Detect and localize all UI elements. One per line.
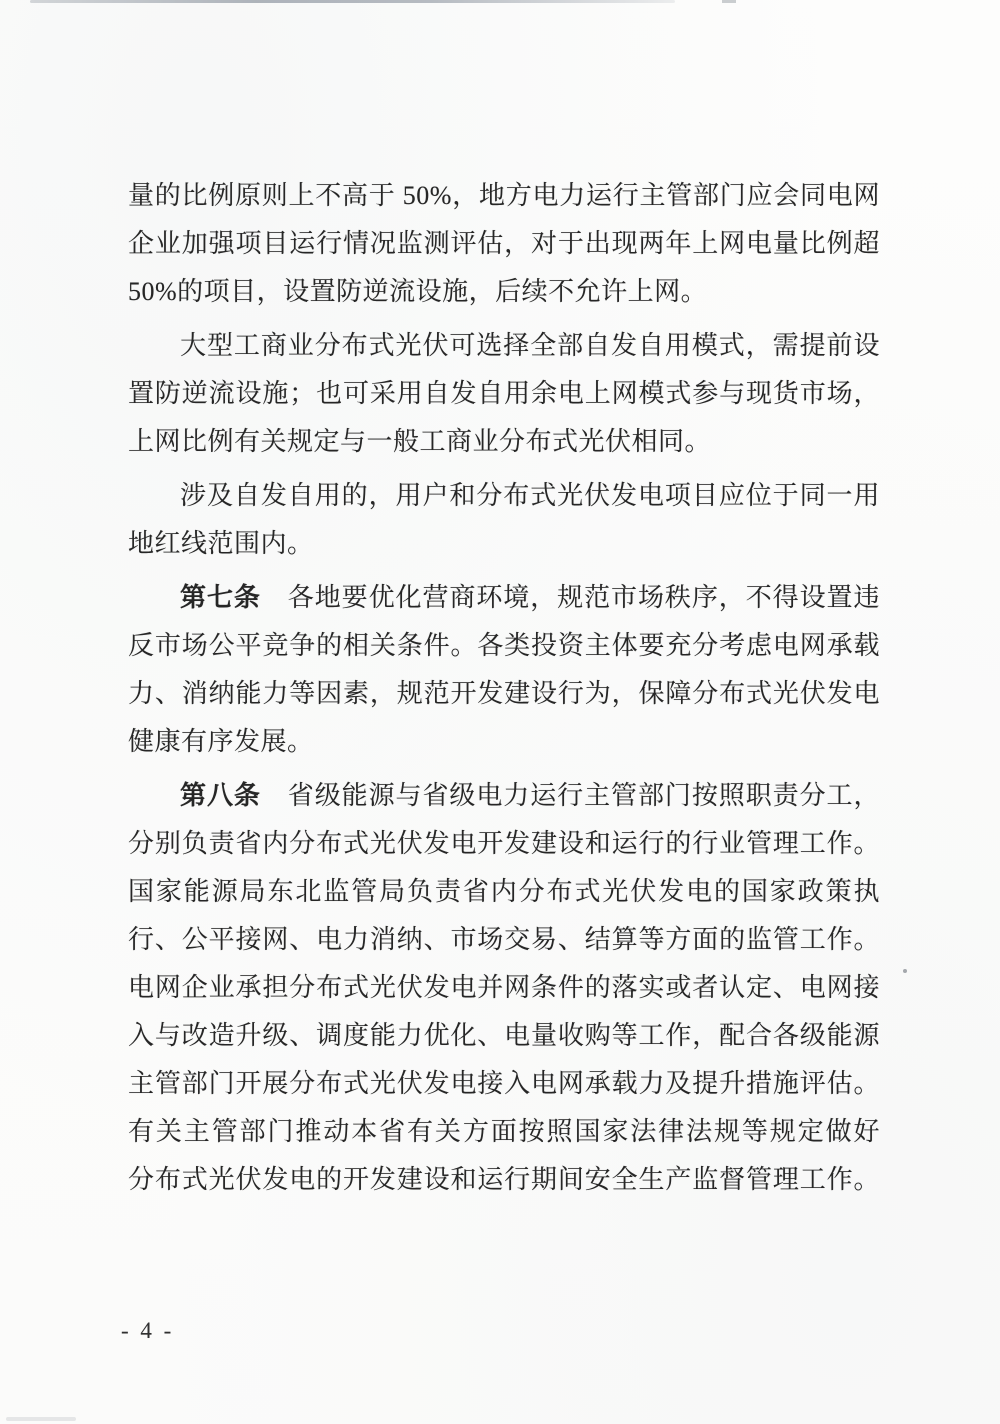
text-line: 分别负责省内分布式光伏发电开发建设和运行的行业管理工作。 [128,820,880,868]
paragraph: 第七条 各地要优化营商环境，规范市场秩序，不得设置违反市场公平竞争的相关条件。各… [128,574,880,766]
scanned-document-page: 量的比例原则上不高于 50%，地方电力运行主管部门应会同电网企业加强项目运行情况… [0,0,1000,1424]
text-line: 主管部门开展分布式光伏发电接入电网承载力及提升措施评估。 [128,1060,880,1108]
text-line: 反市场公平竞争的相关条件。各类投资主体要充分考虑电网承载 [128,622,880,670]
text-line: 分布式光伏发电的开发建设和运行期间安全生产监督管理工作。 [128,1156,880,1204]
text-line: 涉及自发自用的，用户和分布式光伏发电项目应位于同一用 [128,472,880,520]
text-line: 大型工商业分布式光伏可选择全部自发自用模式，需提前设 [128,322,880,370]
section-heading: 第八条 [180,781,261,810]
paragraph: 第八条 省级能源与省级电力运行主管部门按照职责分工，分别负责省内分布式光伏发电开… [128,772,880,1204]
paragraph: 量的比例原则上不高于 50%，地方电力运行主管部门应会同电网企业加强项目运行情况… [128,172,880,316]
text-line: 量的比例原则上不高于 50%，地方电力运行主管部门应会同电网 [128,172,880,220]
text-line: 第八条 省级能源与省级电力运行主管部门按照职责分工， [128,772,880,820]
text-line: 有关主管部门推动本省有关方面按照国家法律法规等规定做好 [128,1108,880,1156]
paragraph: 大型工商业分布式光伏可选择全部自发自用模式，需提前设置防逆流设施；也可采用自发自… [128,322,880,466]
text-line: 行、公平接网、电力消纳、市场交易、结算等方面的监管工作。 [128,916,880,964]
text-line: 国家能源局东北监管局负责省内分布式光伏发电的国家政策执 [128,868,880,916]
text-line: 地红线范围内。 [128,520,880,568]
text-line: 上网比例有关规定与一般工商业分布式光伏相同。 [128,418,880,466]
scan-artifact-top-mark [722,0,736,3]
document-body: 量的比例原则上不高于 50%，地方电力运行主管部门应会同电网企业加强项目运行情况… [128,172,880,1204]
paragraph: 涉及自发自用的，用户和分布式光伏发电项目应位于同一用地红线范围内。 [128,472,880,568]
scan-artifact-dot [903,969,907,973]
text-line: 50%的项目，设置防逆流设施，后续不允许上网。 [128,268,880,316]
page-number: - 4 - [121,1318,174,1344]
text-line: 第七条 各地要优化营商环境，规范市场秩序，不得设置违 [128,574,880,622]
text-line: 置防逆流设施；也可采用自发自用余电上网模式参与现货市场， [128,370,880,418]
scan-artifact-bottom-speck [6,1417,76,1421]
text-line: 入与改造升级、调度能力优化、电量收购等工作，配合各级能源 [128,1012,880,1060]
scan-artifact-top-streak [30,0,675,3]
section-heading: 第七条 [180,583,261,612]
text-line: 电网企业承担分布式光伏发电并网条件的落实或者认定、电网接 [128,964,880,1012]
text-line: 健康有序发展。 [128,718,880,766]
text-line: 力、消纳能力等因素，规范开发建设行为，保障分布式光伏发电 [128,670,880,718]
text-line: 企业加强项目运行情况监测评估，对于出现两年上网电量比例超 [128,220,880,268]
